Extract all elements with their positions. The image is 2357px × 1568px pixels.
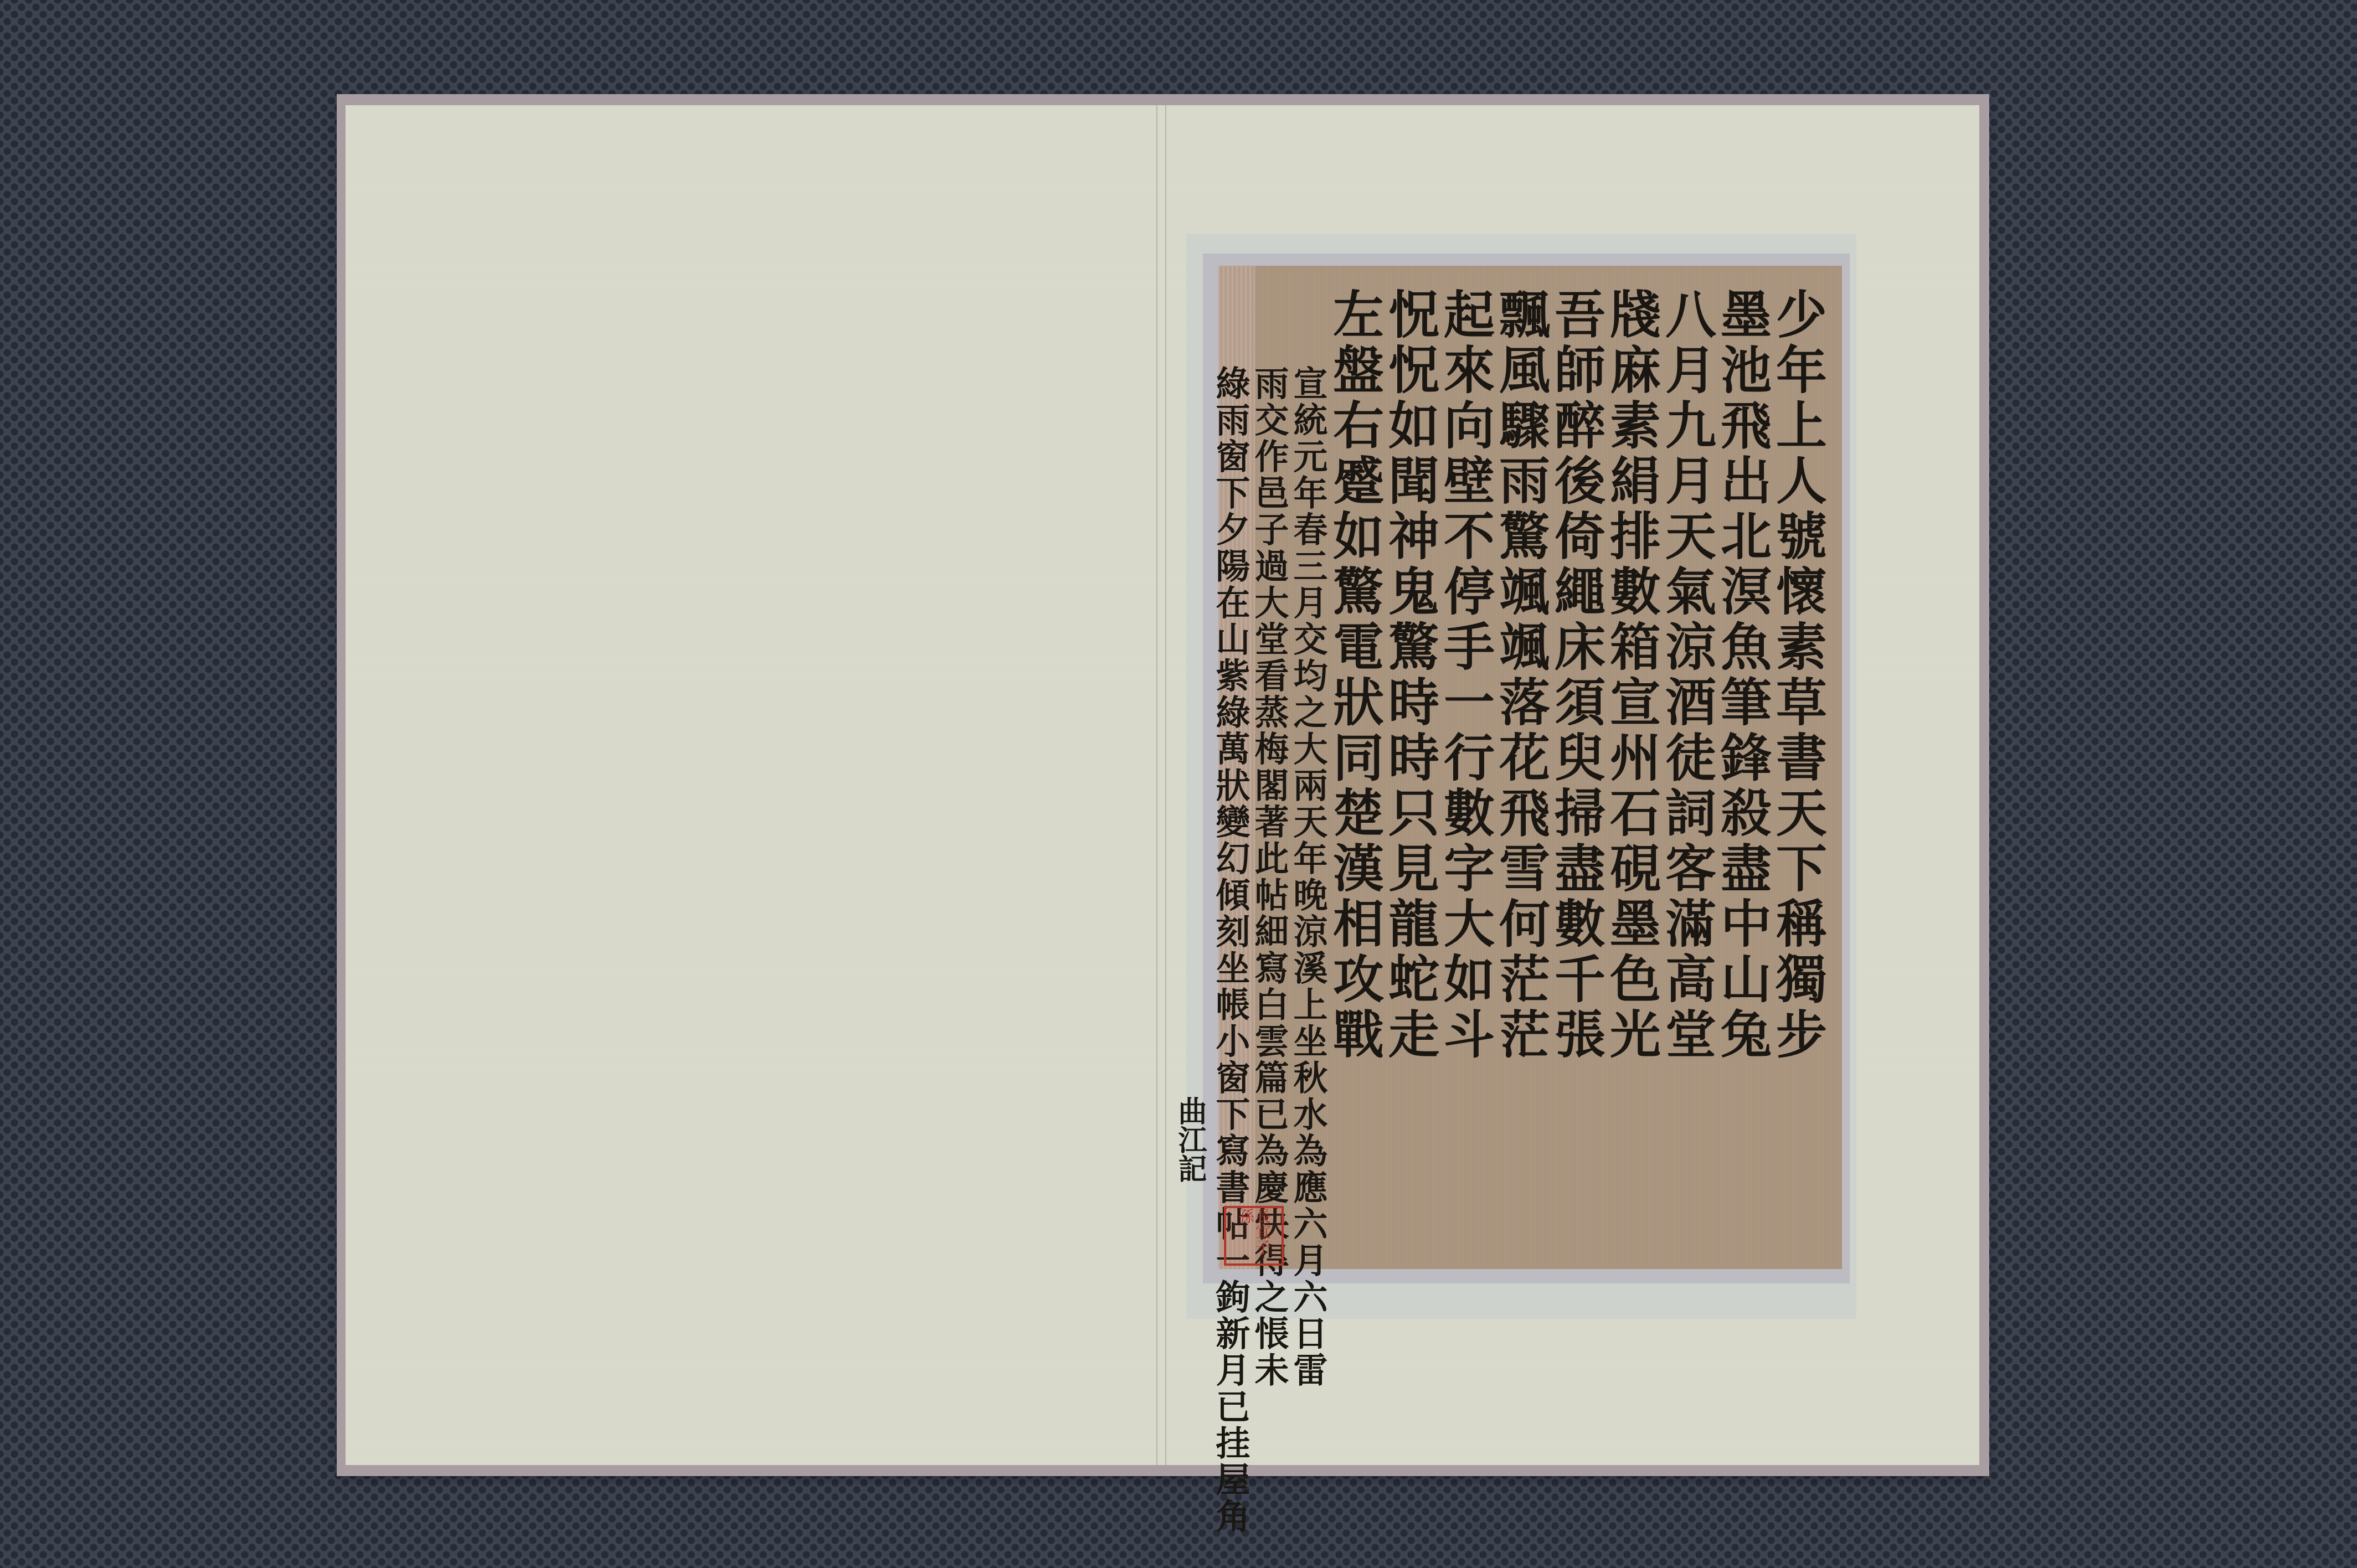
- colophon-column: 宣統元年春三月交均之大兩天年晚涼溪上坐秋水為應六月六日雷: [1288, 365, 1327, 1236]
- colophon-column: 雨交作邑子過大堂看蒸梅閣著此帖細寫白雲篇已為慶快得之悵未: [1249, 365, 1288, 1236]
- poem-column: 飄風驟雨驚颯颯落花飛雪何茫茫: [1493, 288, 1548, 1236]
- left-blank-page: [346, 105, 1157, 1465]
- poem-column: 起來向壁不停手一行數字大如斗: [1438, 288, 1493, 1236]
- spine-fold: [1156, 105, 1157, 1465]
- poem-column: 八月九月天氣涼酒徒詞客滿高堂: [1659, 288, 1715, 1236]
- spine-fold-inner: [1165, 105, 1166, 1465]
- calligraphy-columns: 少年上人號懷素草書天下稱獨步 墨池飛出北溟魚筆鋒殺盡中山兔 八月九月天氣涼酒徒詞…: [1272, 288, 1825, 1236]
- poem-column: 怳怳如聞神鬼驚時時只見龍蛇走: [1382, 288, 1438, 1236]
- red-seal-stamp: 長宜子孫: [1224, 1206, 1284, 1266]
- poem-column: 墨池飛出北溟魚筆鋒殺盡中山兔: [1715, 288, 1770, 1236]
- poem-column: 吾師醉後倚繩床須臾掃盡數千張: [1548, 288, 1604, 1236]
- colophon-column: 綠雨窗下夕陽在山紫綠萬狀變幻傾刻坐帳小窗下寫書帖一鉤新月已挂屋角: [1211, 365, 1249, 1236]
- calligraphy-panel: 少年上人號懷素草書天下稱獨步 墨池飛出北溟魚筆鋒殺盡中山兔 八月九月天氣涼酒徒詞…: [1255, 266, 1842, 1269]
- poem-column: 左盤右蹙如驚電狀同楚漢相攻戰: [1327, 288, 1382, 1236]
- poem-column: 少年上人號懷素草書天下稱獨步: [1770, 288, 1825, 1236]
- poem-column: 牋麻素絹排數箱宣州石硯墨色光: [1604, 288, 1659, 1236]
- signature: 曲江記: [1177, 1096, 1211, 1236]
